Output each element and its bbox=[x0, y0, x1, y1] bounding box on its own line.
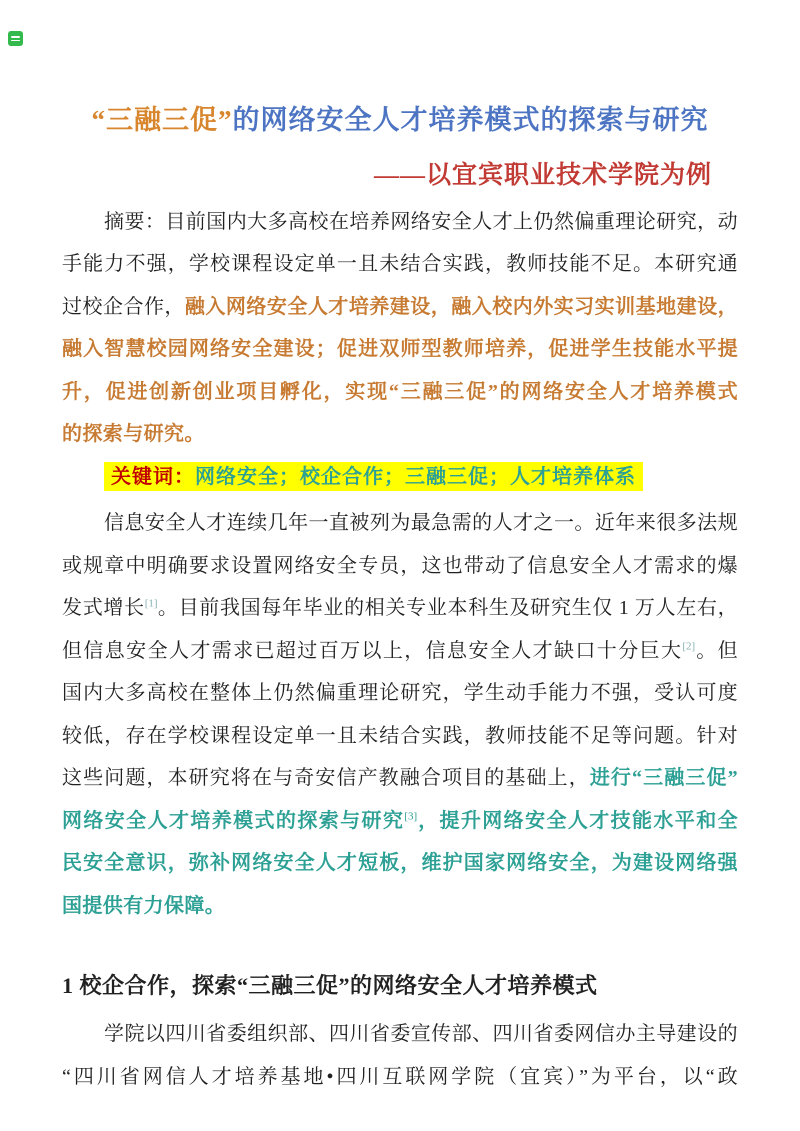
text-run: 摘要：目前国内大多高校在培养网络安全人才上仍然偏重理论研究，动 bbox=[104, 211, 738, 233]
text-run: 但信息安全人才需求已超过百万以上，信息安全人才缺口十分巨大 bbox=[62, 640, 682, 662]
citation-ref-1: [1] bbox=[145, 598, 158, 610]
text-line: 关键词：网络安全；校企合作；三融三促；人才培养体系 bbox=[62, 456, 738, 499]
text-run: 较低，存在学校课程设定单一且未结合实践，教师技能不足等问题。针对 bbox=[62, 725, 738, 747]
badge-line-icon bbox=[11, 36, 20, 38]
text-run: ，提升网络安全人才技能水平和全 bbox=[417, 810, 738, 832]
section-1-paragraph: 学院以四川省委组织部、四川省委宣传部、四川省委网信办主导建设的“四川省网信人才培… bbox=[62, 1013, 738, 1098]
text-line: 的探索与研究。 bbox=[62, 413, 738, 456]
page-content: “三融三促”的网络安全人才培养模式的探索与研究 ——以宜宾职业技术学院为例 摘要… bbox=[0, 0, 800, 1098]
text-line: 信息安全人才连续几年一直被列为最急需的人才之一。近年来很多法规 bbox=[62, 502, 738, 545]
text-run: 手能力不强，学校课程设定单一且未结合实践，教师技能不足。本研究通 bbox=[62, 253, 738, 275]
text-line: 较低，存在学校课程设定单一且未结合实践，教师技能不足等问题。针对 bbox=[62, 715, 738, 758]
text-line: 国提供有力保障。 bbox=[62, 885, 738, 928]
text-run: 信息安全人才连续几年一直被列为最急需的人才之一。近年来很多法规 bbox=[104, 512, 738, 534]
keywords-values: 网络安全；校企合作；三融三促；人才培养体系 bbox=[195, 466, 636, 488]
text-run: 的探索与研究。 bbox=[62, 423, 205, 445]
text-run: 融入网络安全人才培养建设，融入校内外实习实训基地建设， bbox=[185, 296, 738, 318]
section-heading-text: 1 校企合作，探索“三融三促”的网络安全人才培养模式 bbox=[62, 973, 598, 998]
paper-title: “三融三促”的网络安全人才培养模式的探索与研究 bbox=[62, 103, 738, 137]
green-plugin-badge-icon[interactable] bbox=[8, 31, 23, 46]
text-run: 融入智慧校园网络安全建设；促进双师型教师培养，促进学生技能水平提 bbox=[62, 338, 738, 360]
title-orange-run: “三融三促” bbox=[92, 105, 233, 135]
text-line: “三融三促”的网络安全人才培养模式的探索与研究 bbox=[62, 103, 738, 137]
text-line: 手能力不强，学校课程设定单一且未结合实践，教师技能不足。本研究通 bbox=[62, 243, 738, 286]
citation-ref-2: [2] bbox=[682, 640, 695, 652]
keywords-label: 关键词： bbox=[111, 466, 195, 488]
keywords-line: 关键词：网络安全；校企合作；三融三促；人才培养体系 bbox=[62, 456, 738, 499]
text-run: 。目前我国每年毕业的相关专业本科生及研究生仅 1 万人左右， bbox=[158, 597, 738, 619]
text-run: 。但 bbox=[695, 640, 738, 662]
text-line: 学院以四川省委组织部、四川省委宣传部、四川省委网信办主导建设的 bbox=[62, 1013, 738, 1056]
text-run: 或规章中明确要求设置网络安全专员，这也带动了信息安全人才需求的爆 bbox=[62, 555, 738, 577]
intro-paragraph: 信息安全人才连续几年一直被列为最急需的人才之一。近年来很多法规或规章中明确要求设… bbox=[62, 502, 738, 927]
badge-line-icon bbox=[11, 40, 20, 42]
text-run: “四川省网信人才培养基地•四川互联网学院（宜宾）”为平台，以“政 bbox=[62, 1066, 738, 1088]
text-line: 但信息安全人才需求已超过百万以上，信息安全人才缺口十分巨大[2]。但 bbox=[62, 630, 738, 673]
text-run: 学院以四川省委组织部、四川省委宣传部、四川省委网信办主导建设的 bbox=[104, 1023, 738, 1045]
paper-subtitle: ——以宜宾职业技术学院为例 bbox=[62, 159, 738, 193]
text-run: 国提供有力保障。 bbox=[62, 895, 225, 917]
text-line: 网络安全人才培养模式的探索与研究[3]，提升网络安全人才技能水平和全 bbox=[62, 800, 738, 843]
citation-ref-3: [3] bbox=[404, 810, 417, 822]
text-line: 升，促进创新创业项目孵化，实现“三融三促”的网络安全人才培养模式 bbox=[62, 371, 738, 414]
text-run: 发式增长 bbox=[62, 597, 145, 619]
text-line: 过校企合作，融入网络安全人才培养建设，融入校内外实习实训基地建设， bbox=[62, 286, 738, 329]
text-line: 或规章中明确要求设置网络安全专员，这也带动了信息安全人才需求的爆 bbox=[62, 545, 738, 588]
text-run: 升，促进创新创业项目孵化，实现“三融三促”的网络安全人才培养模式 bbox=[62, 381, 738, 403]
text-line: 国内大多高校在整体上仍然偏重理论研究，学生动手能力不强，受认可度 bbox=[62, 672, 738, 715]
text-line: 这些问题，本研究将在与奇安信产教融合项目的基础上，进行“三融三促” bbox=[62, 757, 738, 800]
text-line: 摘要：目前国内大多高校在培养网络安全人才上仍然偏重理论研究，动 bbox=[62, 201, 738, 244]
abstract-paragraph: 摘要：目前国内大多高校在培养网络安全人才上仍然偏重理论研究，动手能力不强，学校课… bbox=[62, 201, 738, 456]
text-line: “四川省网信人才培养基地•四川互联网学院（宜宾）”为平台，以“政 bbox=[62, 1056, 738, 1099]
text-run: 网络安全人才培养模式的探索与研究 bbox=[62, 810, 404, 832]
text-line: 1 校企合作，探索“三融三促”的网络安全人才培养模式 bbox=[62, 971, 738, 1001]
text-line: ——以宜宾职业技术学院为例 bbox=[62, 159, 738, 193]
text-run: 过校企合作， bbox=[62, 296, 185, 318]
text-line: 融入智慧校园网络安全建设；促进双师型教师培养，促进学生技能水平提 bbox=[62, 328, 738, 371]
document-page: “三融三促”的网络安全人才培养模式的探索与研究 ——以宜宾职业技术学院为例 摘要… bbox=[0, 0, 800, 1131]
keywords-highlight: 关键词：网络安全；校企合作；三融三促；人才培养体系 bbox=[104, 462, 643, 491]
text-run: 国内大多高校在整体上仍然偏重理论研究，学生动手能力不强，受认可度 bbox=[62, 682, 738, 704]
section-1-heading: 1 校企合作，探索“三融三促”的网络安全人才培养模式 bbox=[62, 971, 738, 1001]
text-run: 进行“三融三促” bbox=[590, 767, 738, 789]
text-run: 民安全意识，弥补网络安全人才短板，维护国家网络安全，为建设网络强 bbox=[62, 852, 738, 874]
text-line: 发式增长[1]。目前我国每年毕业的相关专业本科生及研究生仅 1 万人左右， bbox=[62, 587, 738, 630]
title-blue-run: 的网络安全人才培养模式的探索与研究 bbox=[233, 105, 709, 135]
text-line: 民安全意识，弥补网络安全人才短板，维护国家网络安全，为建设网络强 bbox=[62, 842, 738, 885]
text-run: 这些问题，本研究将在与奇安信产教融合项目的基础上， bbox=[62, 767, 590, 789]
subtitle-run: ——以宜宾职业技术学院为例 bbox=[374, 162, 712, 189]
